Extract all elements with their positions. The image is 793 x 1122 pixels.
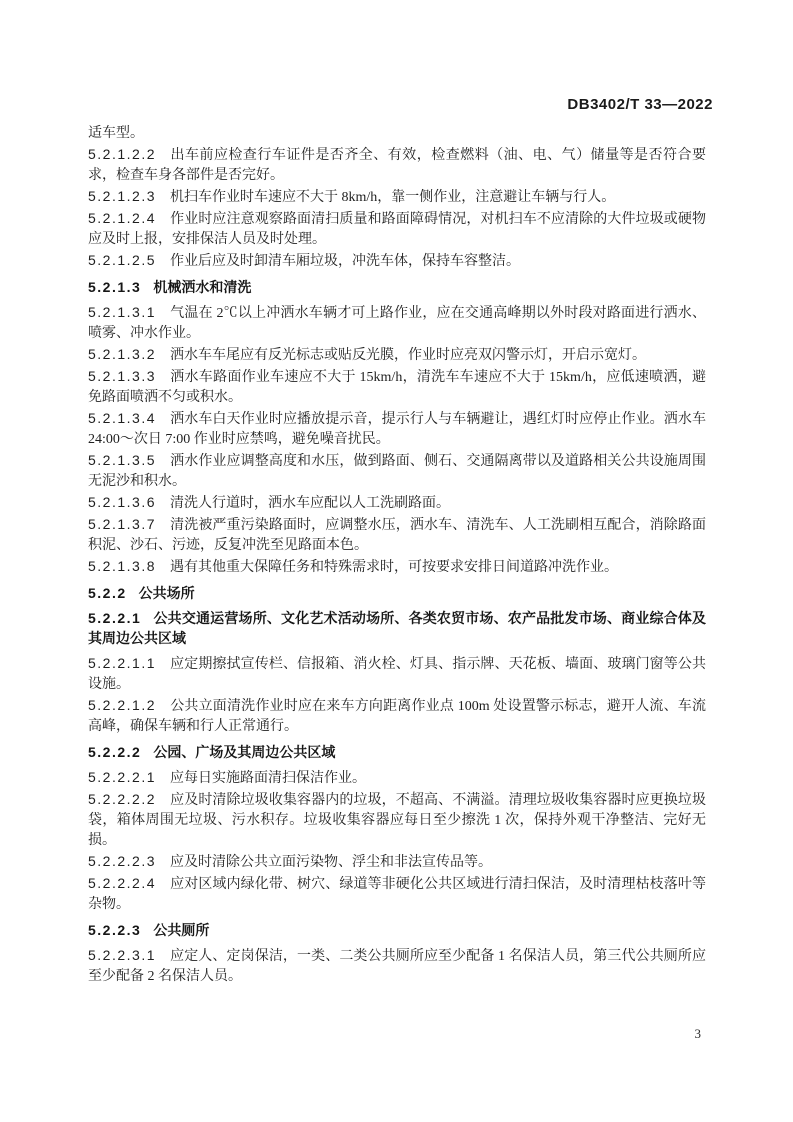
- clause-paragraph: 5.2.1.2.2出车前应检查行车证件是否齐全、有效，检查燃料（油、电、气）储量…: [88, 144, 706, 186]
- clause-text: 机扫车作业时车速应不大于 8km/h，靠一侧作业，注意避让车辆与行人。: [170, 190, 615, 205]
- clause-paragraph: 5.2.2.2.3应及时清除公共立面污染物、浮尘和非法宣传品等。: [88, 851, 706, 873]
- clause-number: 5.2.2.2.1: [88, 769, 156, 785]
- clause-paragraph: 5.2.1.2.3机扫车作业时车速应不大于 8km/h，靠一侧作业，注意避让车辆…: [88, 186, 706, 208]
- document-body: 适车型。5.2.1.2.2出车前应检查行车证件是否齐全、有效，检查燃料（油、电、…: [88, 124, 706, 987]
- clause-text: 清洗被严重污染路面时，应调整水压，洒水车、清洗车、人工洗刷相互配合，消除路面积泥…: [88, 518, 706, 553]
- clause-paragraph: 5.2.1.3.8遇有其他重大保障任务和特殊需求时，可按要求安排日间道路冲洗作业…: [88, 556, 706, 578]
- clause-paragraph: 5.2.1.3.1气温在 2℃以上冲洒水车辆才可上路作业，应在交通高峰期以外时段…: [88, 302, 706, 344]
- clause-text: 遇有其他重大保障任务和特殊需求时，可按要求安排日间道路冲洗作业。: [170, 560, 618, 575]
- clause-number: 5.2.2.2.4: [88, 875, 156, 891]
- clause-number: 5.2.1.3: [88, 279, 141, 295]
- clause-paragraph: 5.2.2.2.1应每日实施路面清扫保洁作业。: [88, 767, 706, 789]
- clause-text: 清洗人行道时，洒水车应配以人工洗刷路面。: [170, 496, 450, 511]
- clause-number: 5.2.1.3.7: [88, 516, 156, 532]
- clause-number: 5.2.2.2.3: [88, 853, 156, 869]
- clause-number: 5.2.2: [88, 585, 127, 601]
- clause-paragraph: 5.2.1.3.7清洗被严重污染路面时，应调整水压，洒水车、清洗车、人工洗刷相互…: [88, 514, 706, 556]
- clause-number: 5.2.1.3.2: [88, 346, 156, 362]
- heading-text: 公共交通运营场所、文化艺术活动场所、各类农贸市场、农产品批发市场、商业综合体及其…: [88, 610, 706, 646]
- section-heading: 5.2.2.2公园、广场及其周边公共区域: [88, 742, 706, 762]
- clause-paragraph: 适车型。: [88, 124, 706, 144]
- clause-number: 5.2.2.3.1: [88, 947, 156, 963]
- clause-paragraph: 5.2.1.3.6清洗人行道时，洒水车应配以人工洗刷路面。: [88, 492, 706, 514]
- heading-text: 公共厕所: [153, 922, 209, 938]
- clause-paragraph: 5.2.1.3.3洒水车路面作业车速应不大于 15km/h，清洗车车速应不大于 …: [88, 366, 706, 408]
- clause-paragraph: 5.2.2.1.1应定期擦拭宣传栏、信报箱、消火栓、灯具、指示牌、天花板、墙面、…: [88, 653, 706, 695]
- document-page: DB3402/T 33—2022 适车型。5.2.1.2.2出车前应检查行车证件…: [0, 0, 793, 1122]
- clause-text: 应对区域内绿化带、树穴、绿道等非硬化公共区域进行清扫保洁，及时清理枯枝落叶等杂物…: [88, 877, 706, 912]
- clause-number: 5.2.2.2: [88, 744, 141, 760]
- clause-number: 5.2.2.2.2: [88, 791, 156, 807]
- clause-number: 5.2.2.3: [88, 922, 141, 938]
- heading-text: 公共场所: [139, 585, 195, 601]
- section-heading: 5.2.2.3公共厕所: [88, 920, 706, 940]
- clause-number: 5.2.2.1.2: [88, 697, 156, 713]
- standard-code-header: DB3402/T 33—2022: [567, 96, 713, 113]
- clause-paragraph: 5.2.2.2.4应对区域内绿化带、树穴、绿道等非硬化公共区域进行清扫保洁，及时…: [88, 873, 706, 915]
- heading-text: 公园、广场及其周边公共区域: [153, 744, 335, 760]
- section-heading: 5.2.2.1公共交通运营场所、文化艺术活动场所、各类农贸市场、农产品批发市场、…: [88, 608, 706, 648]
- clause-paragraph: 5.2.1.3.2洒水车车尾应有反光标志或贴反光膜，作业时应亮双闪警示灯，开启示…: [88, 344, 706, 366]
- clause-paragraph: 5.2.2.3.1应定人、定岗保洁，一类、二类公共厕所应至少配备 1 名保洁人员…: [88, 945, 706, 987]
- clause-text: 洒水作业应调整高度和水压，做到路面、侧石、交通隔离带以及道路相关公共设施周围无泥…: [88, 454, 706, 489]
- clause-text: 气温在 2℃以上冲洒水车辆才可上路作业，应在交通高峰期以外时段对路面进行洒水、喷…: [88, 306, 706, 341]
- clause-text: 洒水车路面作业车速应不大于 15km/h，清洗车车速应不大于 15km/h，应低…: [88, 370, 706, 405]
- clause-number: 5.2.1.3.4: [88, 410, 156, 426]
- clause-text: 洒水车白天作业时应播放提示音，提示行人与车辆避让，遇红灯时应停止作业。洒水车 2…: [88, 412, 706, 447]
- clause-text: 公共立面清洗作业时应在来车方向距离作业点 100m 处设置警示标志，避开人流、车…: [88, 699, 706, 734]
- clause-number: 5.2.1.2.3: [88, 188, 156, 204]
- clause-number: 5.2.1.2.5: [88, 252, 156, 268]
- clause-text: 出车前应检查行车证件是否齐全、有效，检查燃料（油、电、气）储量等是否符合要求，检…: [88, 148, 706, 183]
- clause-number: 5.2.1.3.3: [88, 368, 156, 384]
- heading-text: 机械洒水和清洗: [153, 279, 251, 295]
- clause-paragraph: 5.2.1.3.5洒水作业应调整高度和水压，做到路面、侧石、交通隔离带以及道路相…: [88, 450, 706, 492]
- clause-text: 应及时清除公共立面污染物、浮尘和非法宣传品等。: [170, 855, 492, 870]
- clause-paragraph: 5.2.1.3.4洒水车白天作业时应播放提示音，提示行人与车辆避让，遇红灯时应停…: [88, 408, 706, 450]
- clause-text: 应定人、定岗保洁，一类、二类公共厕所应至少配备 1 名保洁人员，第三代公共厕所应…: [88, 949, 706, 984]
- page-number: 3: [695, 1026, 702, 1042]
- clause-text: 应及时清除垃圾收集容器内的垃圾，不超高、不满溢。清理垃圾收集容器时应更换垃圾袋，…: [88, 793, 706, 848]
- section-heading: 5.2.2公共场所: [88, 583, 706, 603]
- clause-number: 5.2.2.1.1: [88, 655, 156, 671]
- clause-number: 5.2.1.3.6: [88, 494, 156, 510]
- clause-paragraph: 5.2.2.2.2应及时清除垃圾收集容器内的垃圾，不超高、不满溢。清理垃圾收集容…: [88, 789, 706, 851]
- clause-text: 作业后应及时卸清车厢垃圾，冲洗车体，保持车容整洁。: [170, 254, 520, 269]
- clause-text: 适车型。: [88, 126, 144, 141]
- section-heading: 5.2.1.3机械洒水和清洗: [88, 277, 706, 297]
- clause-number: 5.2.1.2.2: [88, 146, 156, 162]
- clause-paragraph: 5.2.1.2.5作业后应及时卸清车厢垃圾，冲洗车体，保持车容整洁。: [88, 250, 706, 272]
- clause-number: 5.2.1.3.8: [88, 558, 156, 574]
- clause-number: 5.2.2.1: [88, 610, 141, 626]
- clause-text: 作业时应注意观察路面清扫质量和路面障碍情况，对机扫车不应清除的大件垃圾或硬物应及…: [88, 212, 706, 247]
- clause-number: 5.2.1.2.4: [88, 210, 156, 226]
- clause-number: 5.2.1.3.5: [88, 452, 156, 468]
- clause-text: 应定期擦拭宣传栏、信报箱、消火栓、灯具、指示牌、天花板、墙面、玻璃门窗等公共设施…: [88, 657, 706, 692]
- clause-paragraph: 5.2.2.1.2公共立面清洗作业时应在来车方向距离作业点 100m 处设置警示…: [88, 695, 706, 737]
- clause-paragraph: 5.2.1.2.4作业时应注意观察路面清扫质量和路面障碍情况，对机扫车不应清除的…: [88, 208, 706, 250]
- clause-text: 洒水车车尾应有反光标志或贴反光膜，作业时应亮双闪警示灯，开启示宽灯。: [170, 348, 646, 363]
- clause-number: 5.2.1.3.1: [88, 304, 156, 320]
- clause-text: 应每日实施路面清扫保洁作业。: [170, 771, 366, 786]
